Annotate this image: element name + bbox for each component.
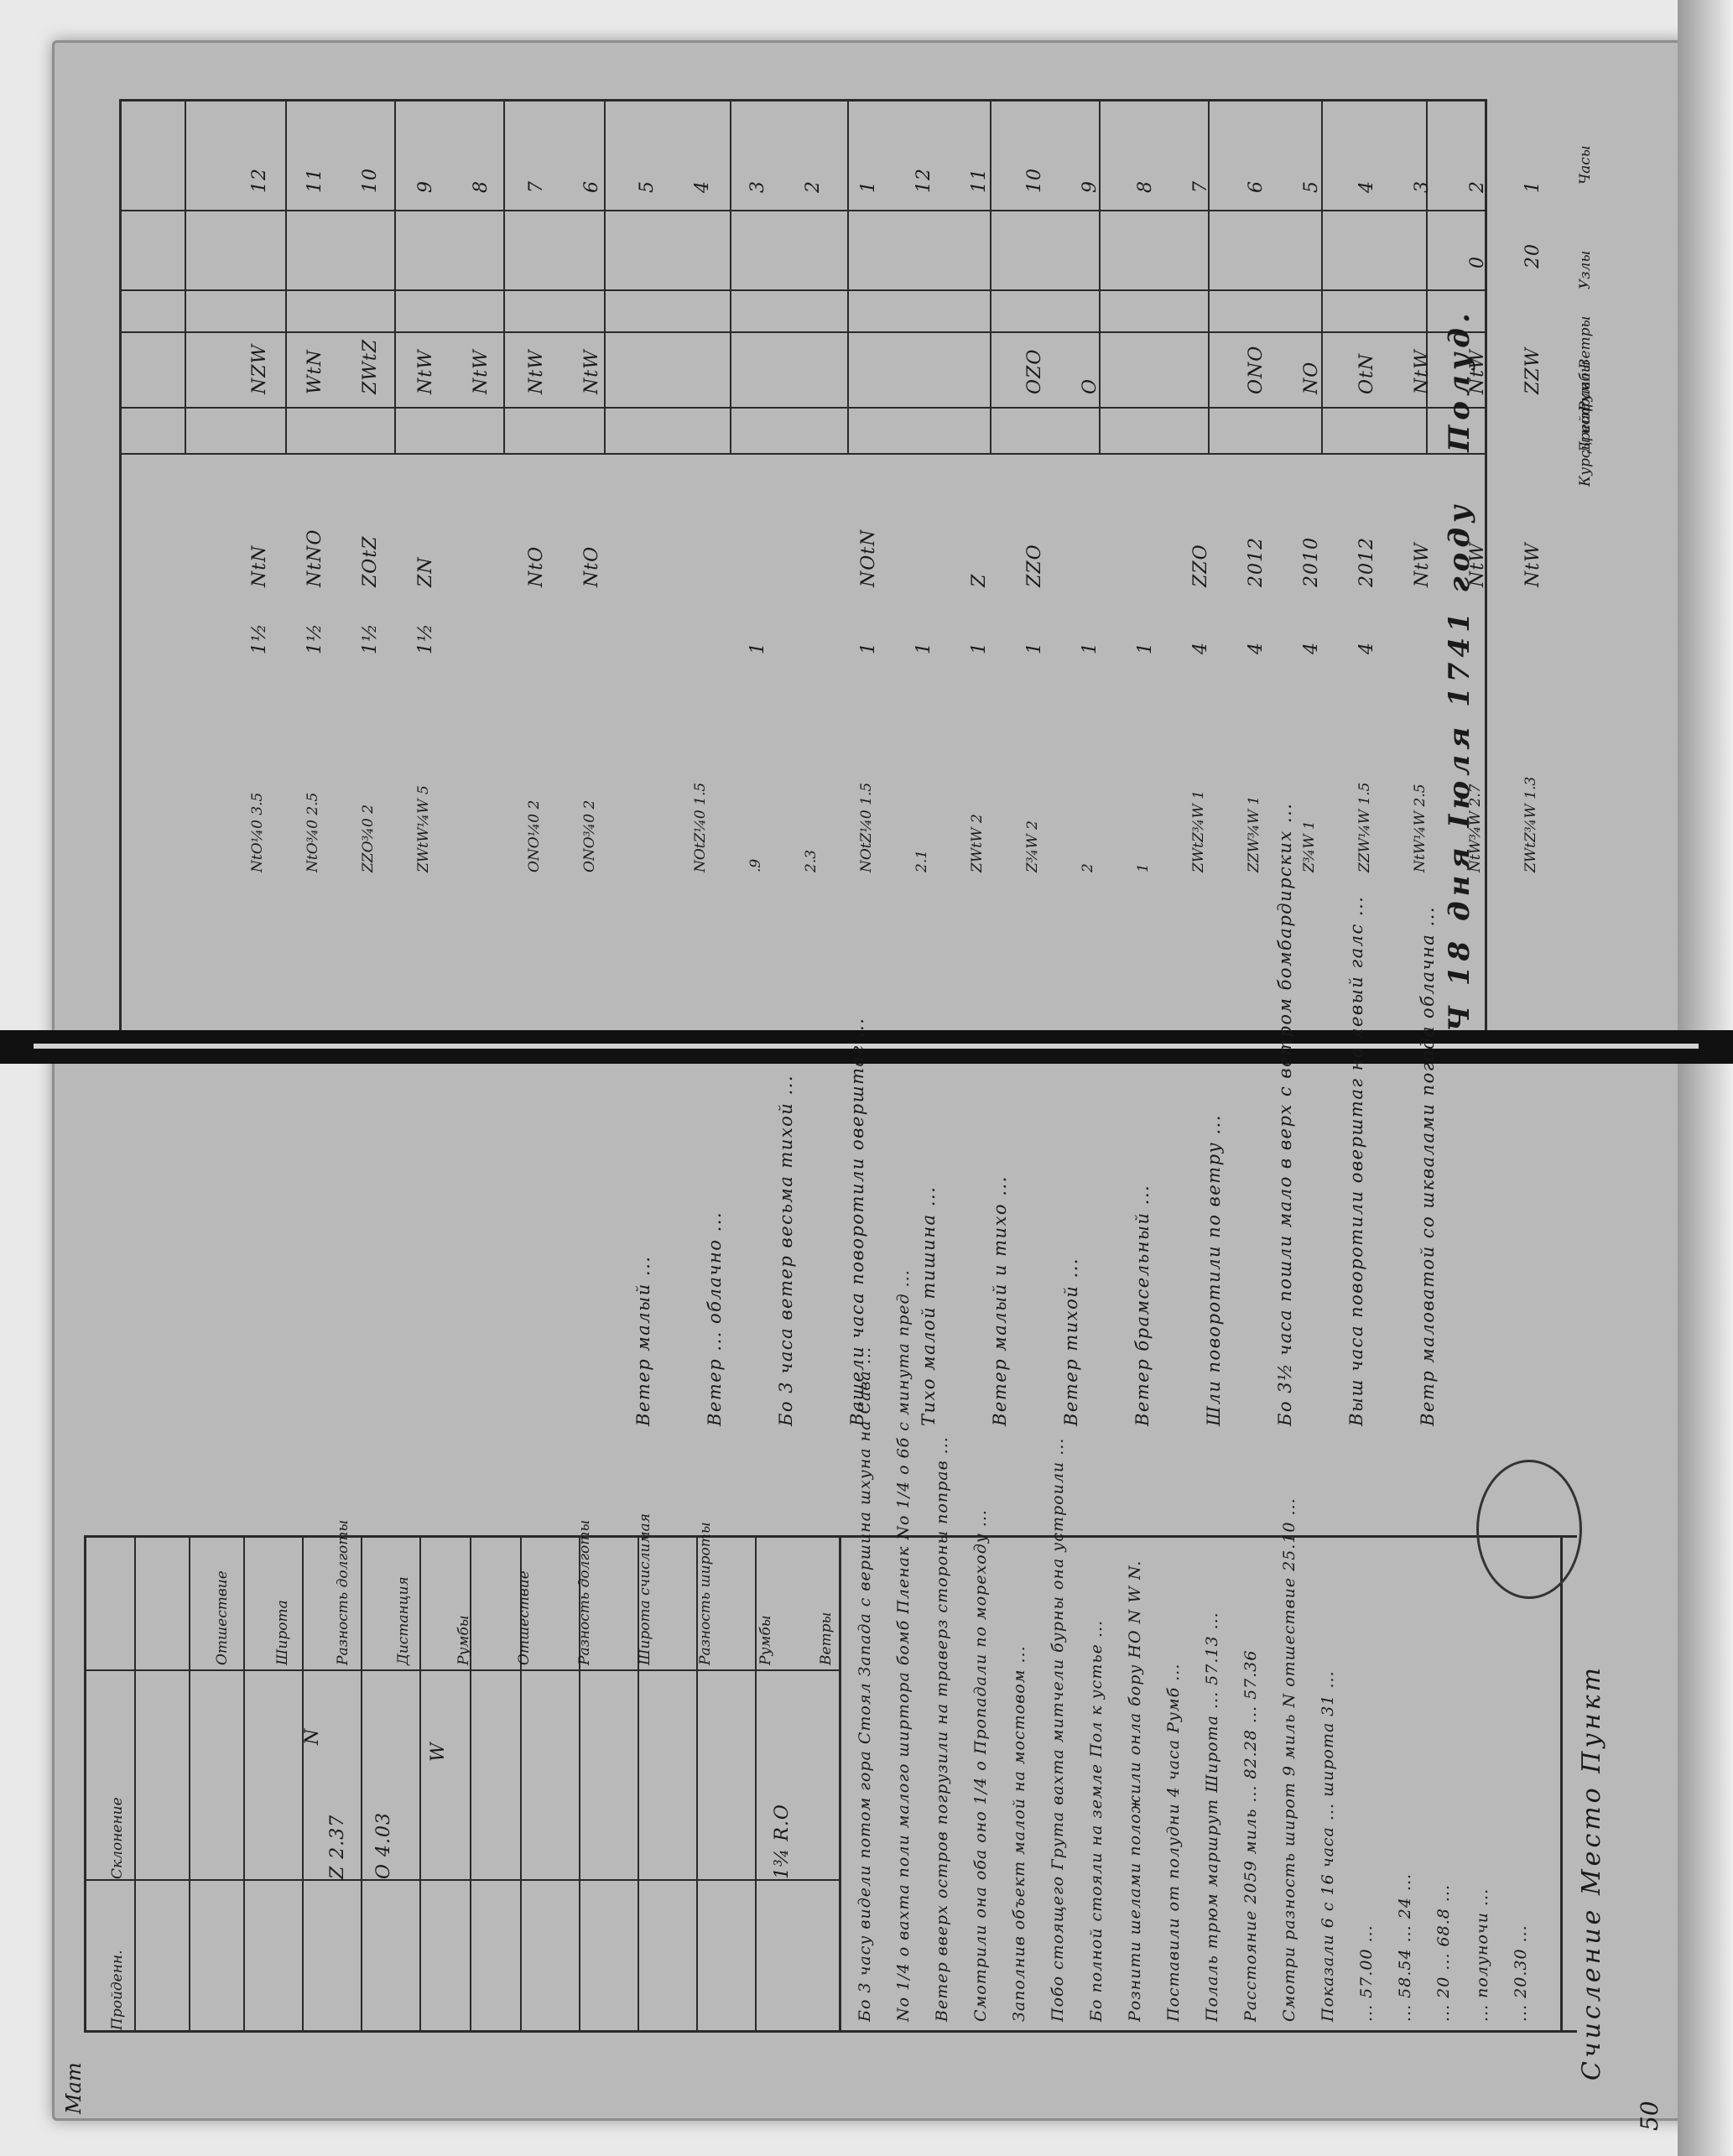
row-hour: 3 (1412, 180, 1433, 193)
paragraph-border-right (1560, 1535, 1563, 2030)
summary-header: Широта счислимая (637, 1513, 653, 1665)
row-course: ZOtZ (360, 536, 381, 587)
row-course: NtW (1522, 542, 1543, 587)
summary-column-rule (755, 1535, 757, 2030)
row-wind: NtW (471, 349, 492, 394)
summary-header: Дистанция (395, 1576, 412, 1665)
row-corrected-course: ZWtZ¾W 1.3 (1522, 777, 1539, 872)
row-wind: NO (1301, 362, 1322, 394)
row-corrected-course: .9 (747, 859, 764, 872)
remark-line: Выш часа поворотили оверштаг на левый га… (1346, 896, 1366, 1426)
row-hour: 6 (1246, 180, 1267, 193)
row-drift: 4 (1246, 642, 1267, 654)
row-drift: 1 (747, 642, 768, 654)
column-rule (119, 331, 1486, 333)
summary-column-rule (361, 1535, 362, 2030)
paragraph-line: Поставили от полудни 4 часа Румб ... (1164, 1664, 1183, 2022)
row-rule (503, 99, 505, 453)
remark-line: Бо 3 часа ветер весьма тихой ... (776, 1075, 796, 1426)
row-corrected-course: ZWtW 2 (969, 814, 986, 872)
row-wind: NtW (581, 349, 602, 394)
summary-column-rule (470, 1535, 471, 2030)
row-drift: 1 (1024, 642, 1045, 654)
row-wind: NtW (415, 349, 436, 394)
row-hour: 8 (1135, 180, 1156, 193)
row-corrected-course: ZWtW¼W 5 (415, 785, 432, 872)
summary-column-rule (243, 1535, 245, 2030)
row-drift: 1 (1135, 642, 1156, 654)
column-rule (119, 407, 1486, 409)
row-corrected-course: NOtZ¼0 1.5 (858, 783, 875, 872)
paragraph-line: No 1/4 о вахта поли малого ширтора бомб … (894, 1269, 913, 2022)
paragraph-line: Рознити шелами положили онла бору НО N W… (1126, 1560, 1144, 2022)
summary-border-bottom (84, 2030, 839, 2033)
summary-column-rule (419, 1535, 421, 2030)
row-rule (1099, 99, 1101, 453)
row-wind: ZWtZ (360, 339, 381, 394)
paragraph-line: ... 57.00 ... (1357, 1924, 1376, 2022)
row-corrected-course: NOtZ¼0 1.5 (692, 783, 709, 872)
row-drift: 4 (1190, 642, 1211, 654)
summary-distance: 1¾ R.O (772, 1804, 793, 1879)
row-corrected-course: ZZW¼W 1.5 (1356, 783, 1373, 873)
row-rule (285, 99, 287, 453)
summary-lat-diff: O 4.03 (373, 1812, 394, 1879)
ink-circle-mark (1476, 1460, 1582, 1599)
column-header: Курсы исправл. (1577, 368, 1594, 487)
row-rule (394, 99, 396, 453)
paragraph-line: Полаль трюм маршрут Широта ... 57.13 ... (1203, 1612, 1221, 2022)
row-hour: 9 (415, 180, 436, 193)
row-hour: 2 (803, 180, 824, 193)
column-header: Часы (1577, 145, 1594, 185)
row-knots: 0 (1467, 256, 1488, 268)
remark-line: Ветер тихой ... (1061, 1258, 1081, 1426)
row-hour: 7 (526, 180, 547, 193)
remark-line: Ветер ... облачно ... (705, 1211, 725, 1426)
column-rule (119, 289, 1486, 291)
row-hour: 3 (747, 180, 768, 193)
remark-line: Ветер малый ... (633, 1256, 653, 1426)
row-corrected-course: NtO¼0 3.5 (249, 793, 266, 872)
paragraph-line: ... полуночи ... (1473, 1888, 1491, 2022)
paragraph-line: Бо 3 часу видели потом гора Стоял Запада… (856, 1346, 874, 2022)
row-wind: ZZW (1522, 347, 1543, 394)
summary-header-rule (84, 1669, 839, 1671)
row-hour: 4 (692, 180, 713, 193)
summary-column-rule (189, 1535, 190, 2030)
row-hour: 5 (1301, 180, 1322, 193)
summary-rhumb: N (302, 1728, 323, 1745)
column-rule (119, 453, 1486, 455)
summary-column-rule (134, 1535, 136, 2030)
row-course: 2012 (1356, 537, 1377, 587)
title-suffix: Полуд. (1443, 308, 1476, 452)
summary-note: Пройденн. (109, 1950, 126, 2030)
row-corrected-course: NtW¼W 2.5 (1412, 784, 1429, 872)
row-rule (604, 99, 606, 453)
row-course: ZZO (1024, 544, 1045, 587)
column-header: Узлы (1577, 251, 1594, 289)
row-drift: 4 (1301, 642, 1322, 654)
row-drift: 1½ (415, 623, 436, 654)
row-wind: OtN (1356, 353, 1377, 394)
row-drift: 1 (858, 642, 879, 654)
summary-wind: W (428, 1742, 449, 1762)
row-hour: 1 (1522, 180, 1543, 193)
paragraph-line: Показали 6 с 16 часа ... широта 31 ... (1319, 1670, 1337, 2022)
row-corrected-course: ZWtZ¾W 1 (1190, 790, 1207, 872)
page-title: Ч 18 дня Іюля 1741 году Полуд. (1443, 308, 1476, 1032)
row-rule (990, 99, 991, 453)
remark-line: Бо 3½ часа пошли мало в верх с ветром бо… (1275, 803, 1295, 1426)
row-corrected-course: ZZO¾0 2 (360, 805, 377, 872)
paragraph-line: Смотри разность широт 9 миль N отшествие… (1280, 1497, 1298, 2022)
summary-header: Румбы (455, 1615, 472, 1665)
row-drift: 1 (969, 642, 990, 654)
summary-departure: Z 2.37 (327, 1815, 348, 1879)
row-corrected-course: 2 (1080, 863, 1096, 872)
row-corrected-course: NtO¾0 2.5 (304, 793, 321, 872)
right-margin-note: Счисление Место Пункт (1577, 1664, 1606, 2080)
title-text: Ч 18 дня Іюля 1741 году (1443, 501, 1476, 1032)
row-hour: 5 (637, 180, 658, 193)
paragraph-line: Расстояние 2059 миль ... 82.28 ... 57.36 (1241, 1650, 1260, 2022)
row-course: NtN (249, 545, 270, 587)
remark-line: Ветер брамсельный ... (1132, 1185, 1153, 1426)
summary-header: Отшествие (516, 1570, 533, 1665)
paragraph-line: ... 58.54 ... 24 ... (1396, 1873, 1414, 2022)
row-drift: 1½ (360, 623, 381, 654)
row-rule (1321, 99, 1323, 453)
column-rule (119, 99, 1486, 101)
row-course: NOtN (858, 529, 879, 587)
row-corrected-course: ZZW¾W 1 (1246, 796, 1262, 872)
row-hour: 12 (913, 168, 934, 193)
remark-line: Ветер малый и тихо ... (990, 1175, 1010, 1426)
row-hour: 9 (1080, 180, 1101, 193)
row-hour: 1 (858, 180, 879, 193)
row-drift: 1 (1080, 642, 1101, 654)
column-rule (119, 210, 1486, 211)
summary-note: Склонение (109, 1797, 126, 1879)
row-hour: 11 (304, 168, 325, 193)
paragraph-line: Заполнив объект малой на мостовом ... (1010, 1645, 1028, 2022)
paragraph-border-left (839, 1535, 841, 2030)
row-corrected-course: ONO¼0 2 (526, 800, 543, 872)
row-course: 2010 (1301, 537, 1322, 587)
row-corrected-course: Z¾W 1 (1301, 820, 1318, 872)
row-wind: ONO (1246, 346, 1267, 394)
summary-border-left (84, 1535, 86, 2030)
row-rule (1426, 99, 1428, 453)
row-course: ZZO (1190, 544, 1211, 587)
summary-border-top (84, 1535, 839, 1538)
row-wind: NZW (249, 344, 270, 394)
row-drift: 4 (1356, 642, 1377, 654)
row-drift: 1 (913, 642, 934, 654)
signature: Мат (62, 2062, 86, 2114)
row-hour: 12 (249, 168, 270, 193)
row-wind: NtW (526, 349, 547, 394)
summary-row-rule (84, 1879, 839, 1881)
row-drift: 1½ (249, 623, 270, 654)
row-hour: 10 (360, 168, 381, 193)
remark-line: Тихо малой тишина ... (919, 1186, 939, 1426)
row-hour: 10 (1024, 168, 1045, 193)
paragraph-line: ... 20.30 ... (1512, 1924, 1530, 2022)
paragraph-line: Ветер вверх остров погрузили на траверз … (933, 1436, 951, 2022)
row-rule (1208, 99, 1210, 453)
summary-header: Ветры (818, 1612, 835, 1665)
row-course: 2012 (1246, 537, 1267, 587)
row-corrected-course: ONO¾0 2 (581, 800, 598, 872)
row-corrected-course: 2.3 (803, 850, 820, 872)
row-course: NtW (1412, 542, 1433, 587)
table-border-left (119, 99, 122, 1030)
paragraph-line: Побо стоящего Грута вахта митчели бурны … (1049, 1438, 1067, 2022)
row-course: Z (969, 574, 990, 587)
row-corrected-course: Z¾W 2 (1024, 820, 1041, 872)
row-hour: 7 (1190, 180, 1211, 193)
row-hour: 11 (969, 168, 990, 193)
summary-header: Отшествие (214, 1570, 231, 1665)
row-wind: WtN (304, 349, 325, 394)
summary-column-rule (302, 1535, 304, 2030)
row-knots: 20 (1522, 243, 1543, 268)
row-hour: 6 (581, 180, 602, 193)
row-course: NtO (581, 546, 602, 587)
row-course: NtNO (304, 529, 325, 587)
page-edge (1678, 0, 1733, 2156)
row-corrected-course: 2.1 (913, 850, 930, 872)
row-rule (730, 99, 731, 453)
summary-header: Разность долготы (576, 1520, 593, 1665)
page-number: 50 (1636, 2101, 1663, 2131)
paragraph-border-bottom (839, 2030, 1577, 2033)
remark-line: Ветр маловатой со шквалами погода облачн… (1418, 906, 1438, 1426)
row-wind: OZO (1024, 349, 1045, 394)
row-drift: 1½ (304, 623, 325, 654)
row-wind: NtW (1412, 349, 1433, 394)
row-rule (847, 99, 849, 453)
row-wind: O (1080, 378, 1101, 394)
summary-header: Разность долготы (335, 1520, 351, 1665)
row-course: ZN (415, 556, 436, 587)
summary-header: Разность широты (697, 1522, 714, 1665)
row-corrected-course: 1 (1135, 863, 1152, 872)
row-hour: 2 (1467, 180, 1488, 193)
summary-header: Широта (274, 1600, 291, 1665)
summary-header: Румбы (757, 1615, 774, 1665)
row-hour: 4 (1356, 180, 1377, 193)
row-hour: 8 (471, 180, 492, 193)
row-rule (185, 99, 186, 453)
paragraph-line: Смотрили она оба оно 1/4 о Пропадали по … (971, 1509, 990, 2022)
row-course: NtO (526, 546, 547, 587)
paragraph-line: ... 20 ... 68.8 ... (1434, 1884, 1453, 2022)
remark-line: Шли поворотили по ветру ... (1204, 1114, 1224, 1426)
paragraph-line: Бо полной стояли на земле Пол к устье ..… (1087, 1620, 1106, 2022)
